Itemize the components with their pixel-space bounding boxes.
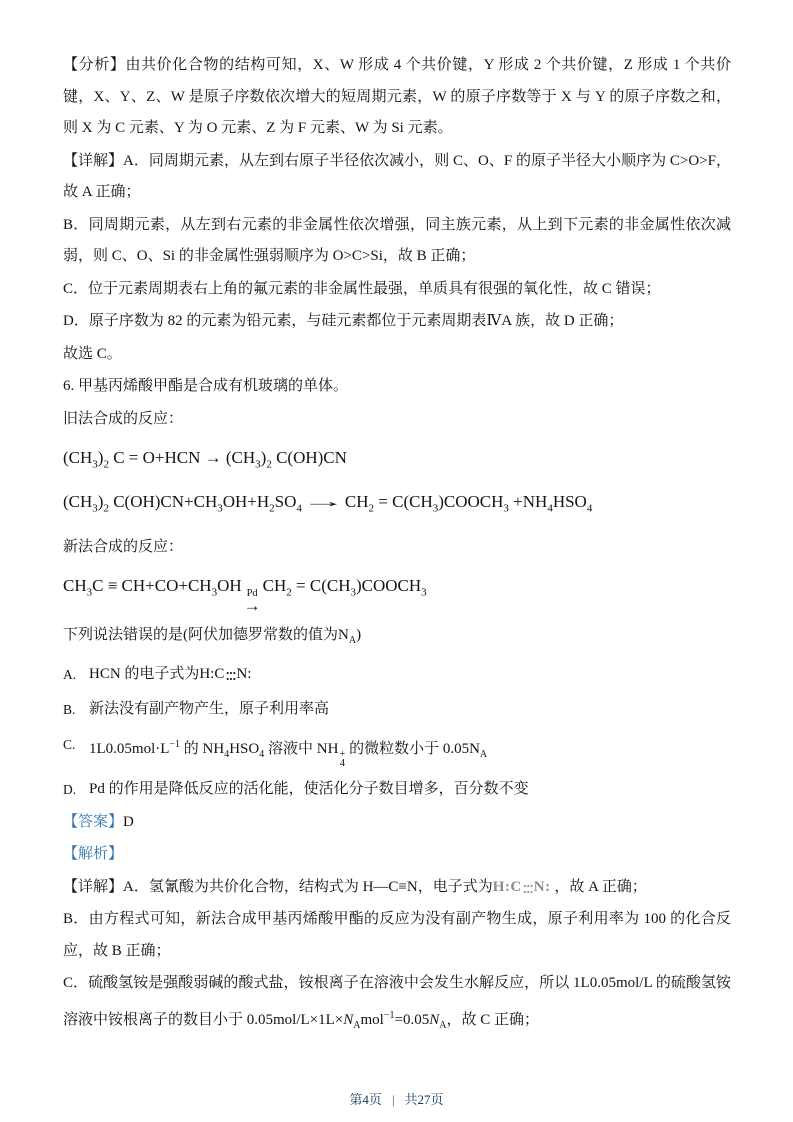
equation-old-1: (CH3)2 C = O+HCN → (CH3)2 C(OH)CN (63, 443, 731, 479)
option-d-letter: D. (63, 772, 89, 807)
document-page: 【分析】由共价化合物的结构可知，X、W 形成 4 个共价键，Y 形成 2 个共价… (0, 0, 793, 1122)
footer-separator: | (382, 1092, 405, 1107)
option-d-text: Pd 的作用是降低反应的活化能，使活化分子数目增多，百分数不变 (89, 772, 731, 807)
answer-label: 【答案】 (63, 814, 123, 830)
footer-page-number: 第4页 (349, 1092, 382, 1107)
detail-option-b: B．同周期元素，从左到右元素的非金属性依次增强，同主族元素，从上到下元素的非金属… (63, 210, 731, 273)
q6-detail-option-c: C．硫酸氢铵是强酸弱碱的酸式盐，铵根离子在溶液中会发生水解反应，所以 1L0.0… (63, 968, 731, 1041)
detail-option-d: D．原子序数为 82 的元素为铅元素，与硅元素都位于元素周期表ⅣA 族，故 D … (63, 306, 731, 338)
equation-old-2: (CH3)2 C(OH)CN+CH3OH+H2SO4→CH2 = C(CH3)C… (63, 487, 731, 523)
explain-line: 【解析】 (63, 839, 731, 871)
option-b: B. 新法没有副产物产生，原子利用率高 (63, 692, 731, 727)
question6-prompt: 下列说法错误的是(阿伏加德罗常数的值为NA) (63, 620, 731, 657)
option-b-text: 新法没有副产物产生，原子利用率高 (89, 692, 731, 727)
old-method-label: 旧法合成的反应： (63, 404, 731, 436)
analysis-paragraph: 【分析】由共价化合物的结构可知，X、W 形成 4 个共价键，Y 形成 2 个共价… (63, 50, 731, 145)
page-content: 【分析】由共价化合物的结构可知，X、W 形成 4 个共价键，Y 形成 2 个共价… (0, 0, 793, 1041)
explain-label: 【解析】 (63, 846, 123, 862)
footer-total-pages: 共27页 (405, 1092, 444, 1107)
option-a: A. HCN 的电子式为H:C······N: (63, 657, 731, 692)
question6-stem: 6. 甲基丙烯酸甲酯是合成有机玻璃的单体。 (63, 371, 731, 403)
q6-detail-option-a: 【详解】A．氢氰酸为共价化合物，结构式为 H—C≡N，电子式为H:C······… (63, 872, 731, 904)
detail-option-a: 【详解】A．同周期元素，从左到右原子半径依次减小，则 C、O、F 的原子半径大小… (63, 146, 731, 209)
option-a-letter: A. (63, 657, 89, 692)
new-method-label: 新法合成的反应： (63, 532, 731, 564)
option-c-text: 1L0.05mol·L−1 的 NH4HSO4 溶液中 NH+4 的微粒数小于 … (89, 727, 731, 772)
answer-line: 【答案】D (63, 807, 731, 839)
detail-option-c: C．位于元素周期表右上角的氟元素的非金属性最强，单质具有很强的氧化性，故 C 错… (63, 274, 731, 306)
option-c: C. 1L0.05mol·L−1 的 NH4HSO4 溶液中 NH+4 的微粒数… (63, 727, 731, 772)
option-d: D. Pd 的作用是降低反应的活化能，使活化分子数目增多，百分数不变 (63, 772, 731, 807)
option-b-letter: B. (63, 692, 89, 727)
q6-detail-option-b: B．由方程式可知，新法合成甲基丙烯酸甲酯的反应为没有副产物生成，原子利用率为 1… (63, 904, 731, 967)
option-c-letter: C. (63, 727, 89, 772)
equation-new: CH3C ≡ CH+CO+CH3OHPd→CH2 = C(CH3)COOCH3 (63, 571, 731, 612)
answer-value: D (123, 814, 134, 830)
option-a-text: HCN 的电子式为H:C······N: (89, 657, 731, 692)
page-footer: 第4页|共27页 (0, 1089, 793, 1108)
conclusion-line: 故选 C。 (63, 339, 731, 371)
